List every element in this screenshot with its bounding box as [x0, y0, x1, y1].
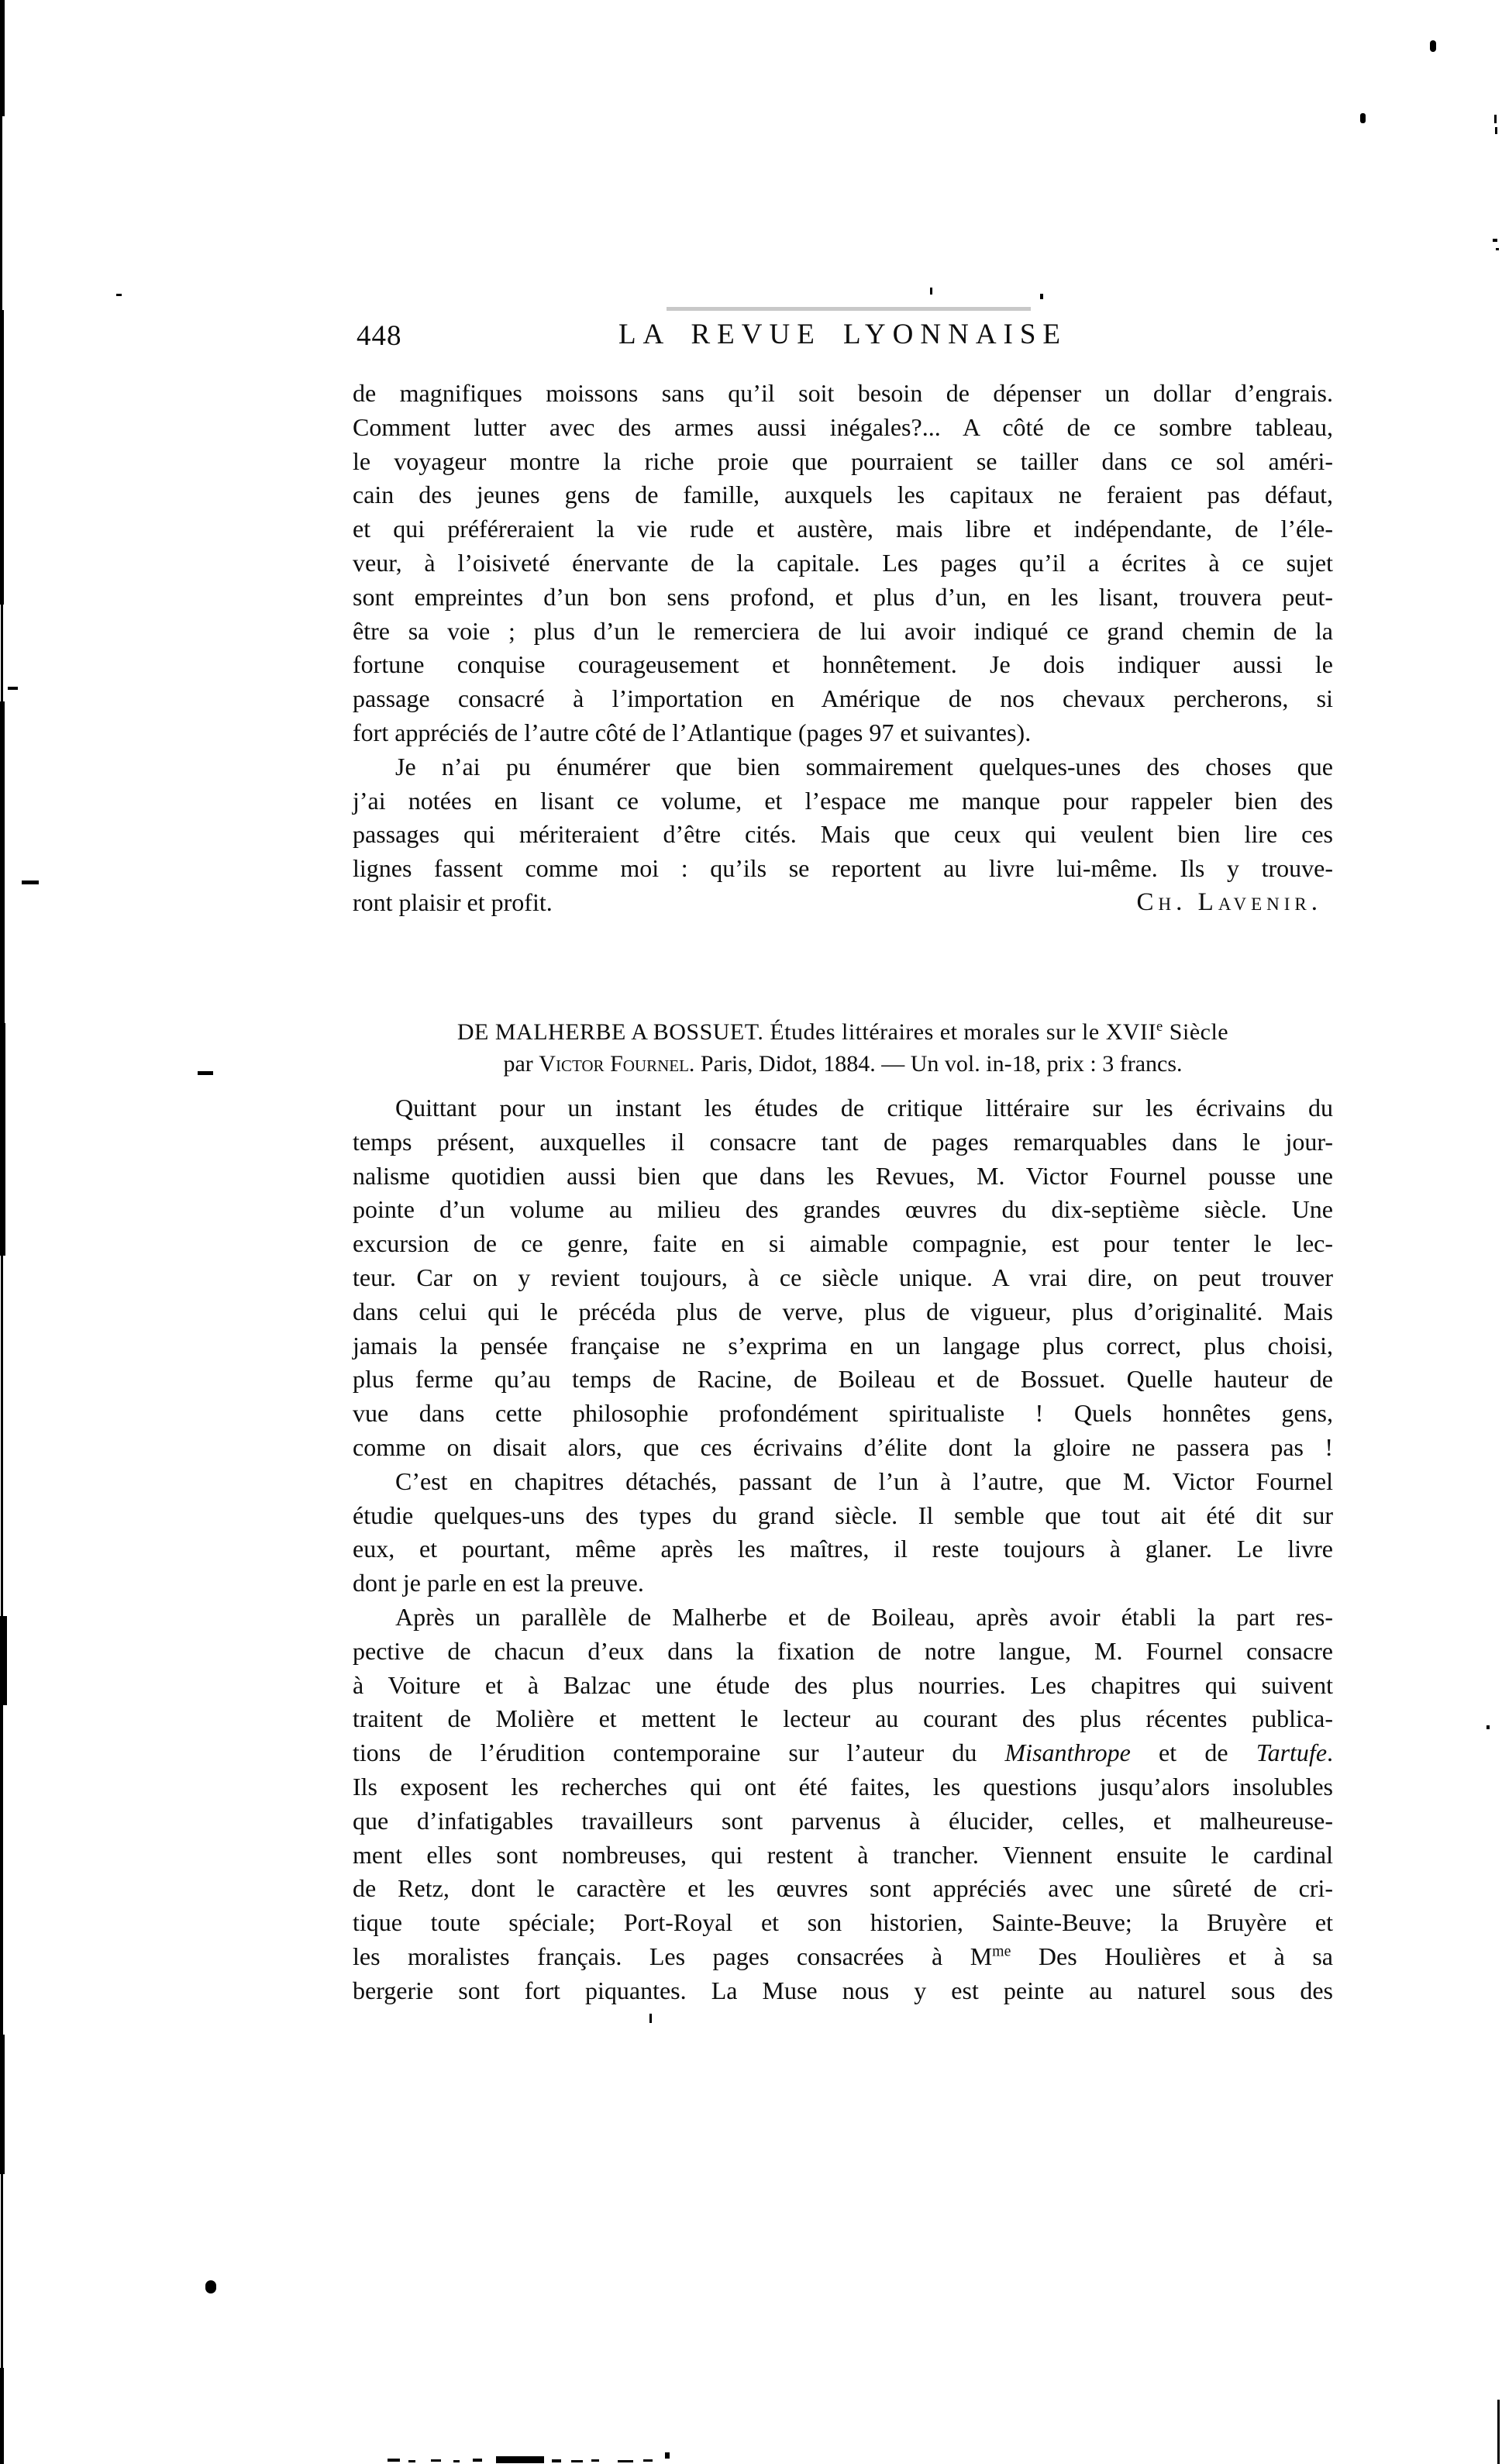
text-line: ment elles sont nombreuses, qui restent … [353, 1839, 1333, 1873]
review-body-text: Quittant pour un instant les études de c… [353, 1091, 1333, 2008]
text-line: passages qui mériteraient d’être cités. … [353, 818, 1333, 852]
text-line: dont je parle en est la preuve. [353, 1566, 1333, 1601]
scan-artifact [205, 2280, 216, 2293]
text-line: de magnifiques moissons sans qu’il soit … [353, 377, 1333, 411]
text-line: dans celui qui le précéda plus de verve,… [353, 1295, 1333, 1329]
text-line: Quittant pour un instant les études de c… [353, 1091, 1333, 1125]
text-line: nalisme quotidien aussi bien que dans le… [353, 1160, 1333, 1194]
scan-artifact [473, 2459, 482, 2462]
scan-artifact [0, 2368, 4, 2464]
text-line: passage consacré à l’importation en Amér… [353, 682, 1333, 716]
text-line: temps présent, auxquelles il consacre ta… [353, 1125, 1333, 1160]
text-line: jamais la pensée française ne s’exprima … [353, 1329, 1333, 1363]
text-line: fortune conquise courageusement et honnê… [353, 648, 1333, 682]
scan-artifact [22, 880, 39, 884]
text-line: vue dans cette philosophie profondément … [353, 1397, 1333, 1431]
text-line: sont empreintes d’un bon sens profond, e… [353, 581, 1333, 615]
scan-artifact [667, 307, 1031, 311]
journal-title: LA REVUE LYONNAISE [353, 318, 1333, 351]
review-heading: DE MALHERBE A BOSSUET. Études littéraire… [353, 1016, 1333, 1080]
text-line: cain des jeunes gens de famille, auxquel… [353, 478, 1333, 512]
scan-artifact [453, 2460, 460, 2462]
article-closing-text: de magnifiques moissons sans qu’il soit … [353, 377, 1333, 920]
scan-artifact [571, 2460, 583, 2462]
scan-artifact [591, 2459, 599, 2462]
text-line: Comment lutter avec des armes aussi inég… [353, 411, 1333, 445]
scan-artifact [1486, 1725, 1490, 1729]
text-line: teur. Car on y revient toujours, à ce si… [353, 1261, 1333, 1295]
text-line: C’est en chapitres détachés, passant de … [353, 1465, 1333, 1499]
text-line: Je n’ai pu énumérer que bien sommairemen… [353, 750, 1333, 784]
scan-artifact [552, 2459, 561, 2462]
scan-artifact [408, 2460, 415, 2462]
scan-artifact [1493, 239, 1497, 242]
text-line: Après un parallèle de Malherbe et de Boi… [353, 1601, 1333, 1635]
scan-artifact [388, 2459, 400, 2462]
scan-artifact [116, 294, 122, 296]
scan-artifact [1495, 127, 1497, 134]
scan-artifact [1430, 40, 1436, 52]
scan-artifact [1494, 115, 1497, 123]
text-line: eux, et pourtant, même après les maîtres… [353, 1532, 1333, 1566]
scan-artifact [643, 2459, 653, 2462]
scan-artifact [0, 115, 2, 316]
scan-artifact [1, 603, 3, 712]
scan-artifact [665, 2452, 670, 2459]
text-line: Ils exposent les recherches qui ont été … [353, 1770, 1333, 1804]
text-line: les moralistes français. Les pages consa… [353, 1940, 1333, 1974]
text-line: lignes fassent comme moi : qu’ils se rep… [353, 852, 1333, 886]
scan-artifact [198, 1071, 213, 1075]
scan-artifact [649, 2014, 652, 2023]
scan-artifact [431, 2459, 441, 2462]
text-line: de Retz, dont le caractère et les œuvres… [353, 1872, 1333, 1906]
scan-artifact [0, 701, 5, 1027]
text-line: tique toute spéciale; Port-Royal et son … [353, 1906, 1333, 1940]
review-heading-imprint-line: par Victor Fournel. Paris, Didot, 1884. … [353, 1048, 1333, 1080]
scan-artifact [1040, 294, 1043, 299]
text-line: que d’infatigables travailleurs sont par… [353, 1804, 1333, 1839]
scan-artifact [8, 687, 18, 690]
scan-artifact [1496, 248, 1499, 250]
text-line: fort appréciés de l’autre côté de l’Atla… [353, 716, 1333, 750]
text-line: à Voiture et à Balzac une étude des plus… [353, 1669, 1333, 1703]
text-line: bergerie sont fort piquantes. La Muse no… [353, 1974, 1333, 2008]
scan-artifact [0, 1616, 7, 1705]
text-line: ront plaisir et profit.Ch. Lavenir. [353, 886, 1333, 920]
text-line: le voyageur montre la riche proie que po… [353, 445, 1333, 479]
scan-artifact [496, 2456, 544, 2463]
text-line: pointe d’un volume au milieu des grandes… [353, 1193, 1333, 1227]
scan-artifact [0, 1023, 5, 1256]
text-line: traitent de Molière et mettent le lecteu… [353, 1702, 1333, 1736]
text-line: plus ferme qu’au temps de Racine, de Boi… [353, 1363, 1333, 1397]
scan-artifact [1360, 113, 1366, 123]
author-signature: Ch. Lavenir. [1137, 886, 1322, 920]
scan-artifact [1, 2170, 3, 2372]
text-line: être sa voie ; plus d’un le remerciera d… [353, 615, 1333, 649]
text-line: et qui préféreraient la vie rude et aust… [353, 512, 1333, 546]
scan-artifact [0, 310, 4, 605]
review-heading-title-line: DE MALHERBE A BOSSUET. Études littéraire… [353, 1016, 1333, 1048]
scan-artifact [0, 0, 5, 116]
scan-artifact [1, 1252, 3, 1624]
text-line: j’ai notées en lisant ce volume, et l’es… [353, 784, 1333, 818]
scan-artifact [1497, 2400, 1500, 2464]
scanned-book-page: 448 LA REVUE LYONNAISE de magnifiques mo… [0, 0, 1502, 2464]
text-line: tions de l’érudition contemporaine sur l… [353, 1736, 1333, 1770]
text-line: comme on disait alors, que ces écrivains… [353, 1431, 1333, 1465]
scan-artifact [0, 1704, 3, 2037]
text-line: pective de chacun d’eux dans la fixation… [353, 1635, 1333, 1669]
scan-artifact [618, 2460, 633, 2462]
text-line: veur, à l’oisiveté énervante de la capit… [353, 546, 1333, 581]
text-line: étudie quelques-uns des types du grand s… [353, 1499, 1333, 1533]
scan-artifact [930, 288, 932, 295]
scan-artifact [0, 2035, 5, 2174]
text-line: excursion de ce genre, faite en si aimab… [353, 1227, 1333, 1261]
